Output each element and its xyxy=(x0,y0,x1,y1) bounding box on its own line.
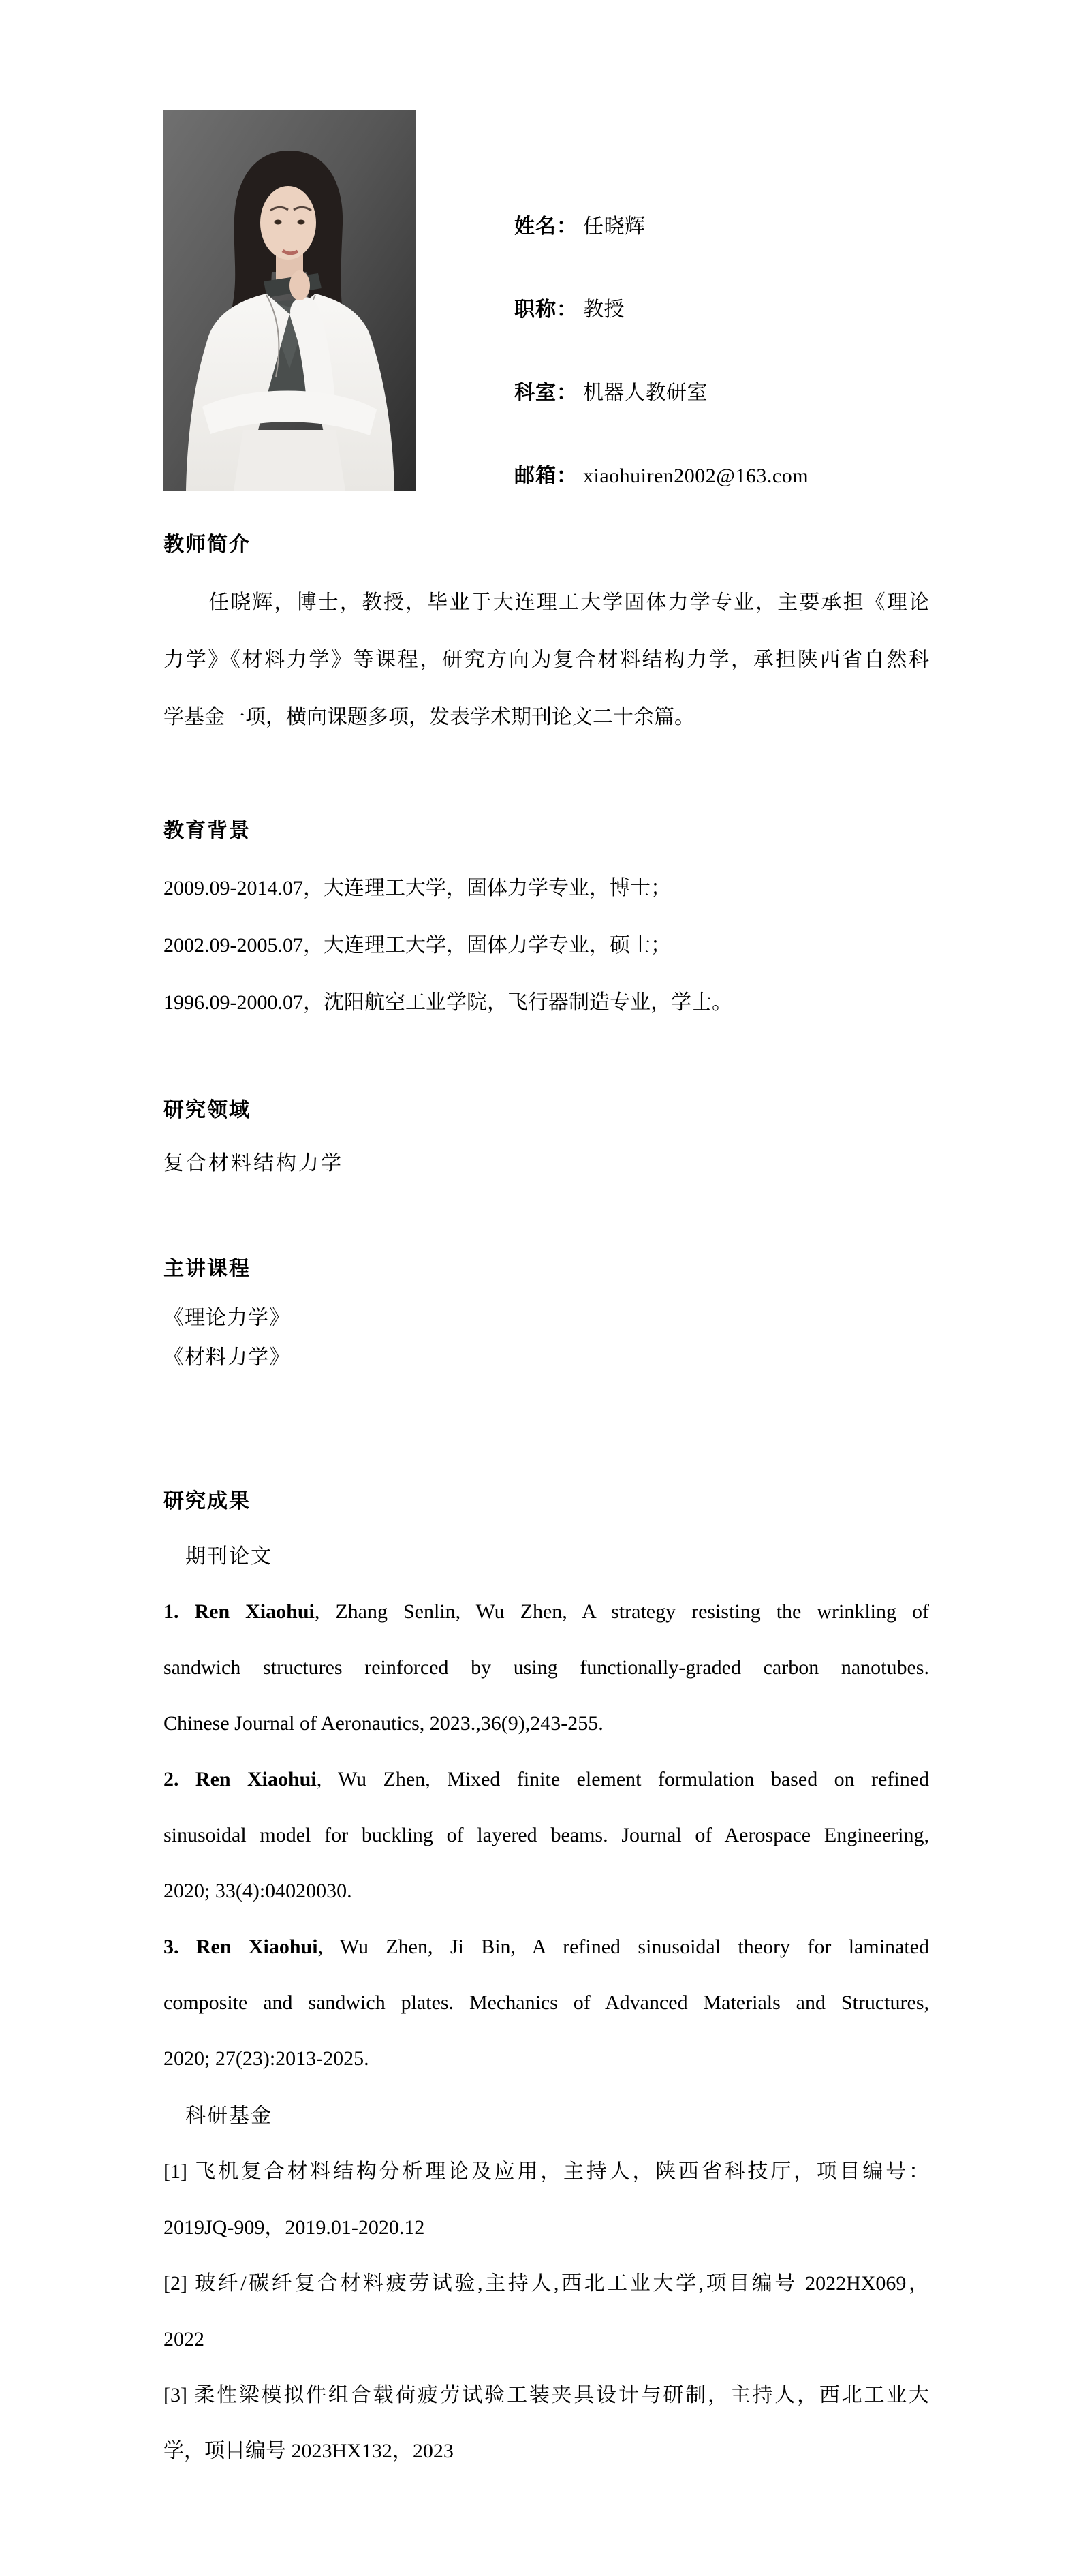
field-title-value: 教授 xyxy=(583,298,625,321)
paper-line: 2020; 27(23):2013-2025. xyxy=(163,2031,929,2087)
hand-at-chin xyxy=(289,270,310,300)
paper-list: 1. Ren Xiaohui, Zhang Senlin, Wu Zhen, A… xyxy=(163,1584,929,2087)
course-item: 《理论力学》 xyxy=(163,1299,929,1338)
fund-line: 学，项目编号 2023HX132，2023 xyxy=(163,2423,929,2479)
intro-line: 任晓辉，博士，教授，毕业于大连理工大学固体力学专业，主要承担《理论 xyxy=(163,574,929,632)
field-title: 职称：教授 xyxy=(514,295,625,325)
field-name-value: 任晓辉 xyxy=(583,215,646,238)
field-department: 科室：机器人教研室 xyxy=(514,378,708,408)
intro-paragraph: 任晓辉，博士，教授，毕业于大连理工大学固体力学专业，主要承担《理论 力学》《材料… xyxy=(163,574,929,746)
fund-list: [1] 飞机复合材料结构分析理论及应用，主持人，陕西省科技厅，项目编号： 201… xyxy=(163,2144,929,2479)
paper-line: 3. Ren Xiaohui, Wu Zhen, Ji Bin, A refin… xyxy=(163,1919,929,1975)
paper-item: 2. Ren Xiaohui, Wu Zhen, Mixed finite el… xyxy=(163,1752,929,1919)
skirt-shape xyxy=(234,430,345,491)
section-heading-courses: 主讲课程 xyxy=(163,1256,929,1283)
course-item: 《材料力学》 xyxy=(163,1338,929,1378)
education-item: 2009.09-2014.07，大连理工大学，固体力学专业，博士； xyxy=(163,860,929,917)
field-email: 邮箱：xiaohuiren2002@163.com xyxy=(514,461,809,491)
right-eye xyxy=(298,220,305,225)
paper-authors-lead: 3. Ren Xiaohui xyxy=(163,1936,318,1958)
journal-subheading: 期刊论文 xyxy=(185,1543,272,1570)
field-email-value: xiaohuiren2002@163.com xyxy=(583,465,809,487)
fund-line: 2022 xyxy=(163,2312,929,2368)
education-item: 2002.09-2005.07，大连理工大学，固体力学专业，硕士； xyxy=(163,917,929,974)
paper-line: Chinese Journal of Aeronautics, 2023.,36… xyxy=(163,1696,929,1752)
fund-item: [1] 飞机复合材料结构分析理论及应用，主持人，陕西省科技厅，项目编号： 201… xyxy=(163,2144,929,2256)
paper-line-rest: , Wu Zhen, Ji Bin, A refined sinusoidal … xyxy=(318,1936,929,1958)
funds-subheading: 科研基金 xyxy=(185,2102,272,2130)
faculty-profile-page: 姓名：任晓辉 职称：教授 科室：机器人教研室 邮箱：xiaohuiren2002… xyxy=(0,0,1081,2576)
fund-line: [2] 玻纤/碳纤复合材料疲劳试验,主持人,西北工业大学,项目编号 2022HX… xyxy=(163,2256,929,2312)
field-name: 姓名：任晓辉 xyxy=(514,212,646,242)
education-item: 1996.09-2000.07，沈阳航空工业学院，飞行器制造专业，学士。 xyxy=(163,974,929,1031)
fund-line: [3] 柔性梁模拟件组合载荷疲劳试验工装夹具设计与研制，主持人，西北工业大 xyxy=(163,2368,929,2423)
fund-item: [3] 柔性梁模拟件组合载荷疲劳试验工装夹具设计与研制，主持人，西北工业大 学，… xyxy=(163,2368,929,2479)
fund-line: [1] 飞机复合材料结构分析理论及应用，主持人，陕西省科技厅，项目编号： xyxy=(163,2144,929,2200)
section-heading-research-area: 研究领域 xyxy=(163,1097,929,1124)
face-shape xyxy=(260,186,316,260)
raised-arm-sleeve xyxy=(304,311,321,403)
intro-line: 学基金一项，横向课题多项，发表学术期刊论文二十余篇。 xyxy=(163,689,929,746)
paper-line: composite and sandwich plates. Mechanics… xyxy=(163,1975,929,2031)
research-area-item: 复合材料结构力学 xyxy=(163,1149,929,1179)
field-title-label: 职称： xyxy=(514,298,578,321)
paper-item: 3. Ren Xiaohui, Wu Zhen, Ji Bin, A refin… xyxy=(163,1919,929,2087)
paper-line: 1. Ren Xiaohui, Zhang Senlin, Wu Zhen, A… xyxy=(163,1584,929,1640)
course-list: 《理论力学》 《材料力学》 xyxy=(163,1299,929,1378)
paper-line: sinusoidal model for buckling of layered… xyxy=(163,1807,929,1863)
education-list: 2009.09-2014.07，大连理工大学，固体力学专业，博士； 2002.0… xyxy=(163,860,929,1031)
fund-line: 2019JQ-909，2019.01-2020.12 xyxy=(163,2200,929,2256)
paper-line: sandwich structures reinforced by using … xyxy=(163,1640,929,1696)
fund-item: [2] 玻纤/碳纤复合材料疲劳试验,主持人,西北工业大学,项目编号 2022HX… xyxy=(163,2256,929,2368)
paper-line-rest: , Wu Zhen, Mixed finite element formulat… xyxy=(317,1768,929,1790)
section-heading-achievements: 研究成果 xyxy=(163,1488,929,1515)
left-eye xyxy=(275,220,282,225)
intro-line: 力学》《材料力学》等课程，研究方向为复合材料结构力学，承担陕西省自然科 xyxy=(163,632,929,689)
field-department-label: 科室： xyxy=(514,382,578,404)
paper-line: 2020; 33(4):04020030. xyxy=(163,1863,929,1919)
paper-authors-lead: 2. Ren Xiaohui xyxy=(163,1768,317,1790)
field-name-label: 姓名： xyxy=(514,215,578,238)
section-heading-intro: 教师简介 xyxy=(163,531,929,559)
paper-line-rest: , Zhang Senlin, Wu Zhen, A strategy resi… xyxy=(315,1600,929,1623)
paper-item: 1. Ren Xiaohui, Zhang Senlin, Wu Zhen, A… xyxy=(163,1584,929,1752)
field-department-value: 机器人教研室 xyxy=(583,382,708,404)
paper-authors-lead: 1. Ren Xiaohui xyxy=(163,1600,315,1623)
paper-line: 2. Ren Xiaohui, Wu Zhen, Mixed finite el… xyxy=(163,1752,929,1807)
portrait-illustration xyxy=(163,110,416,491)
field-email-label: 邮箱： xyxy=(514,465,578,487)
section-heading-education: 教育背景 xyxy=(163,818,929,845)
profile-photo xyxy=(163,110,416,491)
